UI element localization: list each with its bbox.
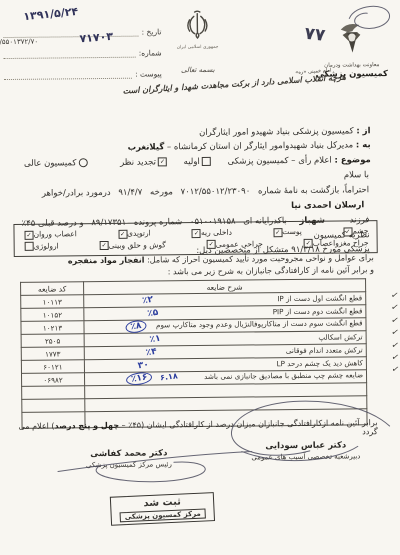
body-line-1: احتراماً، بازگشت به نامهٔ شماره ۷۰۱۲/۵۵۰… bbox=[5, 183, 369, 217]
lesion-code: ۱۰۱۵۲ bbox=[21, 308, 84, 322]
checkbox-icon: ✓ bbox=[273, 228, 282, 237]
conclusion-line: برابر آئین نامه ازکارافتادگی جانبازان می… bbox=[8, 418, 378, 440]
radio-high-commission-icon bbox=[78, 158, 87, 167]
injury-cause: انفجار مواد منفجره bbox=[68, 256, 145, 266]
to-text-bold: گیلانغرب bbox=[128, 143, 165, 153]
emblem-caption: جمهوری اسلامی ایران bbox=[170, 45, 226, 51]
specialist-pulmonary: داخلی ریه✓ bbox=[190, 228, 232, 238]
checkbox-icon: ✓ bbox=[24, 230, 33, 239]
handwritten-note: ۶.۱۸ bbox=[160, 371, 179, 382]
from-label: از : bbox=[356, 126, 370, 136]
date-line bbox=[3, 27, 138, 38]
subject-text: اعلام رأی – کمیسیون پزشکی bbox=[228, 155, 332, 166]
besmele-text: بسمه تعالی bbox=[166, 66, 230, 75]
signer-title-left: رئیس مرکز کمیسیون پزشکی bbox=[54, 460, 204, 470]
checkbox-icon: ✓ bbox=[118, 229, 127, 238]
option-review: ✓تجدید نظر bbox=[120, 157, 167, 167]
letter-number-handwritten: ۷۱۷۰۳ bbox=[79, 30, 114, 46]
specialist-label: پوست bbox=[282, 227, 302, 236]
signature-block-left: دکتر محمد کفاشی رئیس مرکز کمیسیون پزشکی bbox=[54, 448, 204, 470]
specialist-neuropsych: اعصاب وروان✓ bbox=[22, 229, 76, 239]
lesions-table: شرح ضایعه کد ضایعه ٪۲قطع انگشت اول دست ا… bbox=[20, 278, 368, 429]
specialists-box: چشم✓ پوست✓ داخلی ریه✓ ارتوپدی✓ اعصاب ورو… bbox=[13, 220, 377, 257]
lesion-description: ترکش متعدد اندام فوقانی bbox=[286, 345, 363, 355]
option-initial-label: اولیه bbox=[184, 157, 200, 167]
specialist-general-surgery: جراحی عمومی✓ bbox=[205, 239, 263, 249]
conclusion-text: برابر آئین نامه ازکارافتادگی جانبازان می… bbox=[122, 418, 378, 430]
intro-text: برای عوامل و نواحی مجروحیت مورد تأیید کم… bbox=[147, 253, 374, 264]
specialist-label: جراح مغزواعصاب bbox=[313, 238, 369, 248]
checkmark-icon: ✓ bbox=[380, 363, 400, 379]
specialist-label: داخلی ریه bbox=[201, 228, 232, 237]
handwritten-percent: ٪۵ bbox=[147, 308, 159, 320]
checkbox-icon bbox=[25, 242, 34, 251]
handwritten-pen-mark: ۷۷ bbox=[304, 24, 327, 46]
letter-number-typed: ۵۵۰۱۳۷۲/۷۰/ bbox=[0, 38, 38, 46]
checkbox-icon: ✓ bbox=[207, 240, 216, 249]
attachment-line bbox=[4, 69, 132, 80]
checkbox-icon: ✓ bbox=[100, 241, 109, 250]
body-text: درمورد برادر/خواهر bbox=[42, 188, 111, 199]
iran-emblem-icon bbox=[184, 10, 210, 40]
signature-block-right: دکتر عباس سودایی دبیرشعبه تخصصی آسیب های… bbox=[236, 440, 376, 461]
veteran-name: ارسلان احمدی نیا bbox=[291, 200, 364, 211]
specialist-orthopedic: ارتوپدی✓ bbox=[116, 229, 151, 239]
specialist-label: چشم bbox=[352, 226, 368, 235]
reference-number: ۷۰۱۲/۵۵۰۱۲/۲۳۰۹۰ bbox=[181, 186, 251, 197]
row-approval-ticks: ✓ ✓ ✓ ✓ ✓ ✓ ✓ bbox=[380, 290, 399, 377]
registered-stamp: ثبت شد مرکز کمسیون پزشکی bbox=[110, 492, 215, 526]
checkbox-icon: ✓ bbox=[304, 239, 313, 248]
specialist-ent: گوش و حلق وبینی✓ bbox=[98, 240, 166, 250]
body-text: مورخه bbox=[150, 187, 173, 197]
number-label: شماره: bbox=[139, 48, 162, 57]
to-label: به : bbox=[356, 141, 371, 151]
specialist-skin: پوست✓ bbox=[271, 227, 302, 237]
lesion-description: قطع انگشت اول دست از IP bbox=[277, 293, 362, 303]
handwritten-date: ۱۳۹۱/۵/۲۴ bbox=[23, 5, 79, 23]
reference-date: ۹۱/۴/۷ bbox=[118, 187, 142, 197]
subject-label: موضوع : bbox=[334, 155, 370, 165]
lesion-description: ضایعه چشم چپ منطبق با مصادیق جانبازی نمی… bbox=[204, 370, 363, 381]
specialist-label: اعصاب وروان bbox=[33, 229, 76, 238]
checkbox-review-icon: ✓ bbox=[158, 157, 167, 166]
specialist-eye: چشم✓ bbox=[341, 226, 368, 236]
scanned-medical-commission-letter: ۱۳۹۱/۵/۲۴ تاریخ : شماره: پیوست : ۵۵۰۱۳۷۲… bbox=[0, 0, 400, 555]
lesion-code: ۰۶۹۸۲ bbox=[21, 373, 84, 387]
option-high-label: کمیسیون عالی bbox=[24, 158, 76, 169]
handwritten-percent: ۳۰ bbox=[137, 360, 149, 372]
signer-title-right: دبیرشعبه تخصصی آسیب های عمومی bbox=[236, 452, 376, 461]
lesion-code: ۱۰۲۱۳ bbox=[21, 321, 84, 335]
lesion-code: ۲۵۰۵ bbox=[21, 334, 84, 348]
option-initial: اولیه bbox=[184, 157, 211, 167]
body-text: احتراماً، بازگشت به نامهٔ شماره bbox=[258, 185, 369, 196]
percent-in-words: چهل و پنج درصد bbox=[54, 421, 119, 431]
handwritten-percent: ٪۴ bbox=[145, 347, 157, 359]
intro-text-2: و برابر آئین نامه از کارافتادگی جانبازان… bbox=[6, 264, 374, 280]
handwritten-percent-circled: ٪۸ bbox=[125, 319, 148, 334]
stamp-line-2: مرکز کمسیون پزشکی bbox=[120, 508, 206, 522]
specialist-neurosurgeon: جراح مغزواعصاب✓ bbox=[302, 238, 369, 248]
date-label: تاریخ : bbox=[142, 27, 162, 36]
lesion-description: ترکش اسکالپ bbox=[318, 332, 362, 341]
lesion-description: قطع انگشت سوم دست از متاکارپوفالنژیال وع… bbox=[156, 318, 363, 329]
to-text: مدیرکل بنیاد شهیدوامور ایثارگر ان استان … bbox=[167, 141, 353, 153]
handwritten-percent: ٪۱ bbox=[149, 334, 161, 346]
lesion-description: قطع انگشت دوم دست از PIP bbox=[273, 306, 363, 316]
findings-intro: برای عوامل و نواحی مجروحیت مورد تأیید کم… bbox=[6, 252, 374, 280]
lesion-description: کاهش دید یک چشم درحد LP bbox=[277, 358, 363, 368]
specialist-label: گوش و حلق وبینی bbox=[109, 240, 166, 250]
signer-name-right: دکتر عباس سودایی bbox=[236, 440, 376, 451]
specialists-row-2: جراح مغزواعصاب✓ جراحی عمومی✓ گوش و حلق و… bbox=[23, 238, 369, 251]
specialist-urology: ارولوژی bbox=[23, 241, 59, 251]
lesion-code: ۱۰۱۱۳ bbox=[21, 295, 84, 309]
specialist-label: ارتوپدی bbox=[127, 229, 151, 238]
specialist-label: ارولوژی bbox=[34, 241, 59, 250]
number-line bbox=[4, 48, 136, 59]
handwritten-percent: ٪۲ bbox=[142, 295, 154, 307]
bonyad-logo-icon bbox=[335, 20, 367, 56]
signer-name-left: دکتر محمد کفاشی bbox=[54, 448, 204, 460]
letter-fields: از : کمیسیون پزشکی بنیاد شهیدو امور ایثا… bbox=[4, 124, 370, 171]
lesion-code: ۶۰۱۲۱ bbox=[21, 360, 84, 374]
option-review-label: تجدید نظر bbox=[120, 157, 156, 167]
option-high-commission: کمیسیون عالی bbox=[24, 158, 87, 169]
iran-emblem: جمهوری اسلامی ایران bbox=[169, 10, 225, 51]
checkbox-initial-icon bbox=[202, 157, 211, 166]
specialist-label: جراحی عمومی bbox=[216, 239, 263, 248]
from-text: کمیسیون پزشکی بنیاد شهیدو امور ایثارگران bbox=[199, 126, 354, 138]
checkbox-icon: ✓ bbox=[343, 227, 352, 236]
lesion-code: ۱۷۷۳ bbox=[21, 347, 84, 361]
column-header-code: کد ضایعه bbox=[21, 282, 84, 296]
attachment-label: پیوست : bbox=[135, 69, 162, 78]
